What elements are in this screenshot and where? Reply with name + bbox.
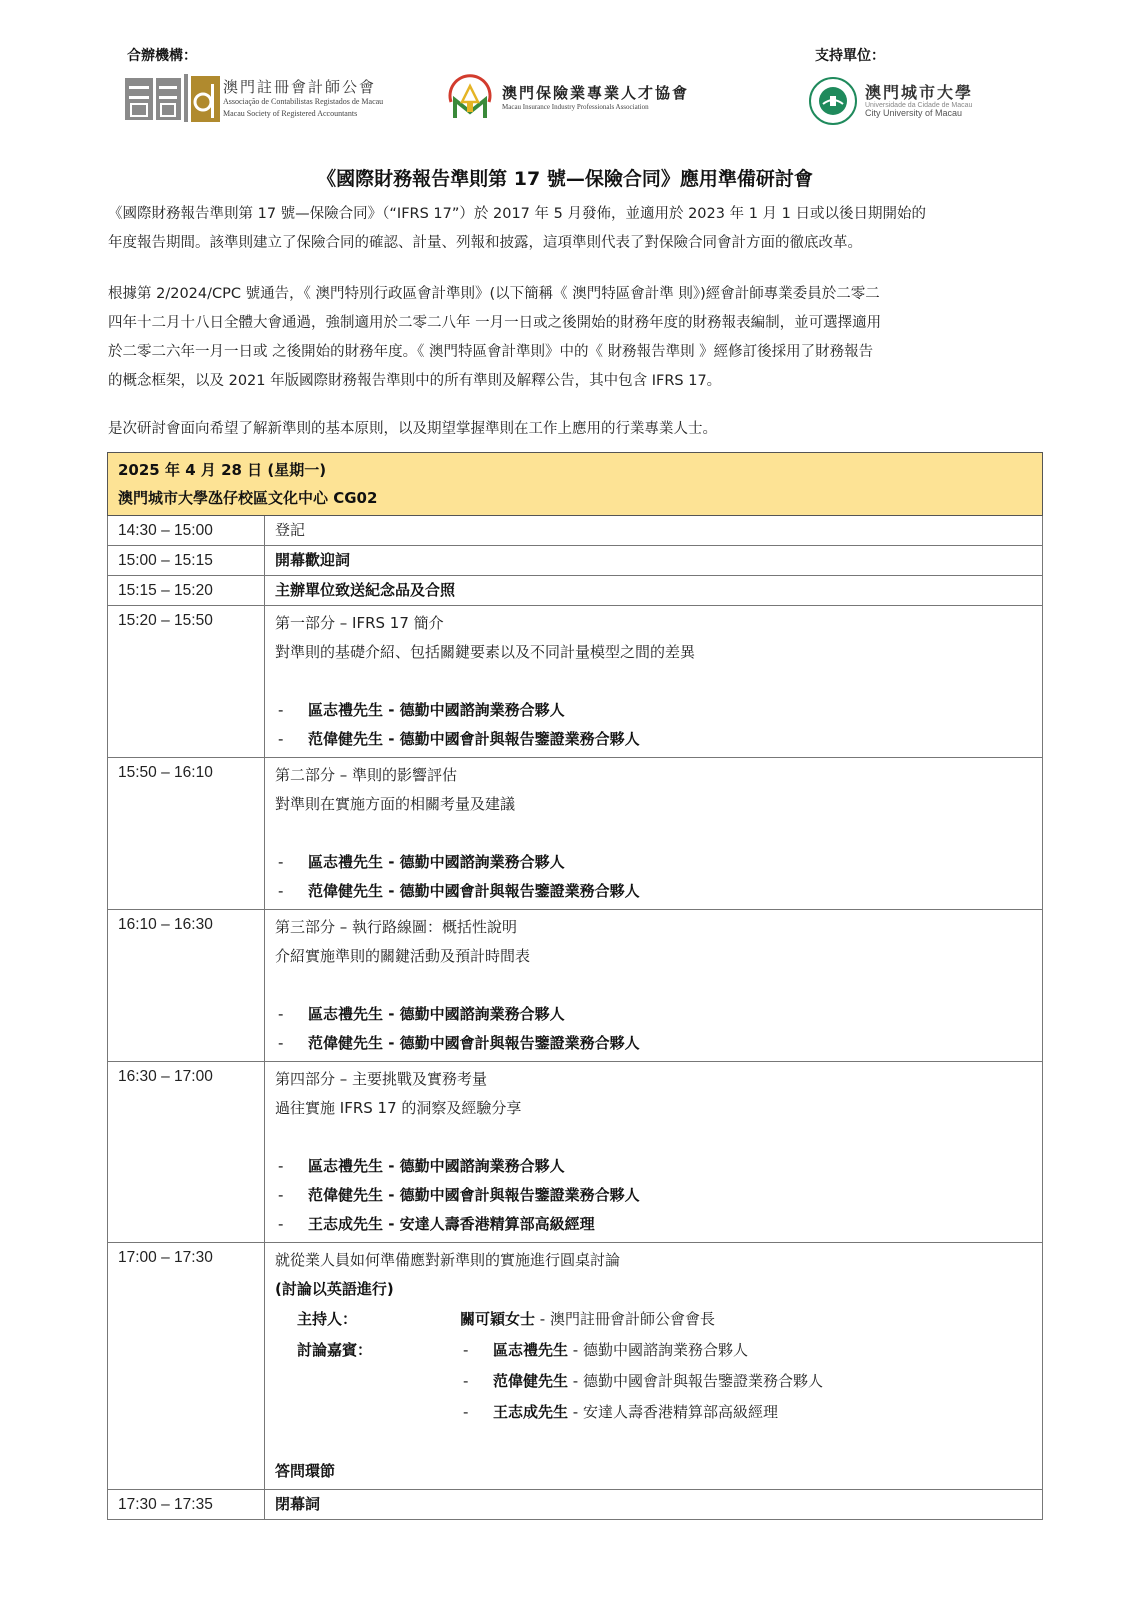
time-cell: 17:00 – 17:30 xyxy=(108,1243,265,1490)
time-cell: 15:20 – 15:50 xyxy=(108,606,265,758)
language-note: (討論以英語進行) xyxy=(275,1275,1032,1304)
cityu-seal-icon xyxy=(808,76,858,126)
notice-line-2: 四年十二月十八日全體大會通過，強制適用於二零二八年 一月一日或之後開始的財務年度… xyxy=(108,309,1028,338)
agenda-header: 2025 年 4 月 28 日 (星期一) 澳門城市大學氹仔校區文化中心 CG0… xyxy=(108,453,1043,516)
audience-line: 是次研討會面向希望了解新準則的基本原則，以及期望掌握準則在工作上應用的行業專業人… xyxy=(108,415,1028,444)
table-row: 17:30 – 17:35 閉幕詞 xyxy=(108,1490,1043,1520)
qa-session: 答問環節 xyxy=(275,1457,1032,1486)
session-desc: 過往實施 IFRS 17 的洞察及經驗分享 xyxy=(275,1094,1032,1123)
moderator-name: 關可穎女士 xyxy=(460,1310,535,1328)
event-date: 2025 年 4 月 28 日 (星期一) xyxy=(118,456,1032,484)
panelist-role: - 安達人壽香港精算部高級經理 xyxy=(568,1403,778,1421)
session-desc: 對準則在實施方面的相關考量及建議 xyxy=(275,790,1032,819)
session-title: 就從業人員如何準備應對新準則的實施進行圓桌討論 xyxy=(275,1246,1032,1275)
time-cell: 15:15 – 15:20 xyxy=(108,576,265,606)
page-title: 《國際財務報告準則第 17 號—保險合同》應用準備研討會 xyxy=(0,164,1130,191)
panelist-role: - 德勤中國會計與報告鑒證業務合夥人 xyxy=(568,1372,823,1390)
time-cell: 15:50 – 16:10 xyxy=(108,758,265,910)
co-organizers-label: 合辦機構： xyxy=(127,45,197,65)
agenda-table: 2025 年 4 月 28 日 (星期一) 澳門城市大學氹仔校區文化中心 CG0… xyxy=(107,452,1043,1520)
time-cell: 16:30 – 17:00 xyxy=(108,1062,265,1243)
session-title: 登記 xyxy=(265,516,1043,546)
session-desc: 介紹實施準則的關鍵活動及預計時間表 xyxy=(275,942,1032,971)
moderator-row: 主持人：關可穎女士 - 澳門註冊會計師公會會長 xyxy=(275,1304,1032,1335)
speaker-item: -范偉健先生 - 德勤中國會計與報告鑒證業務合夥人 xyxy=(275,1029,1032,1058)
dash: - xyxy=(275,725,308,754)
session-title: 第三部分 – 執行路線圖：概括性說明 xyxy=(275,913,1032,942)
panelist-name: 王志成先生 xyxy=(493,1403,568,1421)
msra-mark-icon xyxy=(125,74,220,122)
panelist-row: -王志成先生 - 安達人壽香港精算部高級經理 xyxy=(275,1397,1032,1428)
logo-cityu-macau: 澳門城市大學 Universidade da Cidade de Macau C… xyxy=(808,76,1008,126)
speaker-item: -范偉健先生 - 德勤中國會計與報告鑒證業務合夥人 xyxy=(275,1181,1032,1210)
session-desc: 對準則的基礎介紹、包括關鍵要素以及不同計量模型之間的差異 xyxy=(275,638,1032,667)
time-cell: 15:00 – 15:15 xyxy=(108,546,265,576)
session-title: 主辦單位致送紀念品及合照 xyxy=(265,576,1043,606)
notice-line-3: 於二零二六年一月一日或 之後開始的財務年度。《 澳門特區會計準則》中的《 財務報… xyxy=(108,338,1028,367)
audience-paragraph: 是次研討會面向希望了解新準則的基本原則，以及期望掌握準則在工作上應用的行業專業人… xyxy=(108,415,1028,444)
event-venue: 澳門城市大學氹仔校區文化中心 CG02 xyxy=(118,484,1032,512)
panelist-row: 討論嘉賓：-區志禮先生 - 德勤中國諮詢業務合夥人 xyxy=(275,1335,1032,1366)
miipa-mark-icon xyxy=(445,72,495,124)
supporter-label: 支持單位： xyxy=(815,45,885,65)
miipa-name-cn: 澳門保險業專業人才協會 xyxy=(502,82,689,103)
logo-msra: 澳門註冊會計師公會 Associação de Contabilistas Re… xyxy=(125,74,405,124)
notice-line-1: 根據第 2/2024/CPC 號通告，《 澳門特別行政區會計準則》(以下簡稱《 … xyxy=(108,280,1028,309)
moderator-label: 主持人： xyxy=(275,1304,460,1335)
panelist-role: - 德勤中國諮詢業務合夥人 xyxy=(568,1341,748,1359)
session-title: 閉幕詞 xyxy=(265,1490,1043,1520)
session-content: 第三部分 – 執行路線圖：概括性說明 介紹實施準則的關鍵活動及預計時間表 -區志… xyxy=(265,910,1043,1062)
session-title: 開幕歡迎詞 xyxy=(265,546,1043,576)
notice-paragraph: 根據第 2/2024/CPC 號通告，《 澳門特別行政區會計準則》(以下簡稱《 … xyxy=(108,280,1028,396)
table-row: 15:00 – 15:15 開幕歡迎詞 xyxy=(108,546,1043,576)
time-cell: 16:10 – 16:30 xyxy=(108,910,265,1062)
session-content: 第一部分 – IFRS 17 簡介 對準則的基礎介紹、包括關鍵要素以及不同計量模… xyxy=(265,606,1043,758)
speaker-item: -范偉健先生 - 德勤中國會計與報告鑒證業務合夥人 xyxy=(275,725,1032,754)
table-row: 15:20 – 15:50 第一部分 – IFRS 17 簡介 對準則的基礎介紹… xyxy=(108,606,1043,758)
msra-name-cn: 澳門註冊會計師公會 xyxy=(223,76,376,97)
intro-paragraph: 《國際財務報告準則第 17 號—保險合同》（“IFRS 17”）於 2017 年… xyxy=(108,200,1028,258)
intro-line-1: 《國際財務報告準則第 17 號—保險合同》（“IFRS 17”）於 2017 年… xyxy=(108,200,1028,229)
table-row: 16:10 – 16:30 第三部分 – 執行路線圖：概括性說明 介紹實施準則的… xyxy=(108,910,1043,1062)
dash: - xyxy=(275,696,308,725)
time-cell: 14:30 – 15:00 xyxy=(108,516,265,546)
cityu-name-en: City University of Macau xyxy=(865,108,962,119)
session-title: 第一部分 – IFRS 17 簡介 xyxy=(275,609,1032,638)
session-content: 第二部分 – 準則的影響評估 對準則在實施方面的相關考量及建議 -區志禮先生 -… xyxy=(265,758,1043,910)
session-title: 第四部分 – 主要挑戰及實務考量 xyxy=(275,1065,1032,1094)
logo-miipa: 澳門保險業專業人才協會 Macau Insurance Industry Pro… xyxy=(445,72,675,124)
table-row: 15:15 – 15:20 主辦單位致送紀念品及合照 xyxy=(108,576,1043,606)
moderator-role: - 澳門註冊會計師公會會長 xyxy=(535,1310,715,1328)
notice-line-4: 的概念框架，以及 2021 年版國際財務報告準則中的所有準則及解釋公告，其中包含… xyxy=(108,367,1028,396)
speaker-item: -區志禮先生 - 德勤中國諮詢業務合夥人 xyxy=(275,848,1032,877)
speaker-item: -區志禮先生 - 德勤中國諮詢業務合夥人 xyxy=(275,1000,1032,1029)
panelist-row: -范偉健先生 - 德勤中國會計與報告鑒證業務合夥人 xyxy=(275,1366,1032,1397)
speaker-item: -區志禮先生 - 德勤中國諮詢業務合夥人 xyxy=(275,696,1032,725)
session-content: 就從業人員如何準備應對新準則的實施進行圓桌討論 (討論以英語進行) 主持人：關可… xyxy=(265,1243,1043,1490)
session-content: 第四部分 – 主要挑戰及實務考量 過往實施 IFRS 17 的洞察及經驗分享 -… xyxy=(265,1062,1043,1243)
table-row: 17:00 – 17:30 就從業人員如何準備應對新準則的實施進行圓桌討論 (討… xyxy=(108,1243,1043,1490)
time-cell: 17:30 – 17:35 xyxy=(108,1490,265,1520)
table-row: 14:30 – 15:00 登記 xyxy=(108,516,1043,546)
agenda-header-row: 2025 年 4 月 28 日 (星期一) 澳門城市大學氹仔校區文化中心 CG0… xyxy=(108,453,1043,516)
panelist-name: 區志禮先生 xyxy=(493,1341,568,1359)
speaker-item: -區志禮先生 - 德勤中國諮詢業務合夥人 xyxy=(275,1152,1032,1181)
panel-label: 討論嘉賓： xyxy=(275,1335,460,1366)
miipa-name-en: Macau Insurance Industry Professionals A… xyxy=(502,102,649,113)
table-row: 16:30 – 17:00 第四部分 – 主要挑戰及實務考量 過往實施 IFRS… xyxy=(108,1062,1043,1243)
speaker-item: -王志成先生 - 安達人壽香港精算部高級經理 xyxy=(275,1210,1032,1239)
intro-line-2: 年度報告期間。該準則建立了保險合同的確認、計量、列報和披露，這項準則代表了對保險… xyxy=(108,229,1028,258)
table-row: 15:50 – 16:10 第二部分 – 準則的影響評估 對準則在實施方面的相關… xyxy=(108,758,1043,910)
panelist-name: 范偉健先生 xyxy=(493,1372,568,1390)
session-title: 第二部分 – 準則的影響評估 xyxy=(275,761,1032,790)
speaker-item: -范偉健先生 - 德勤中國會計與報告鑒證業務合夥人 xyxy=(275,877,1032,906)
msra-name-pt: Associação de Contabilistas Registados d… xyxy=(223,96,383,107)
msra-name-en: Macau Society of Registered Accountants xyxy=(223,108,357,119)
